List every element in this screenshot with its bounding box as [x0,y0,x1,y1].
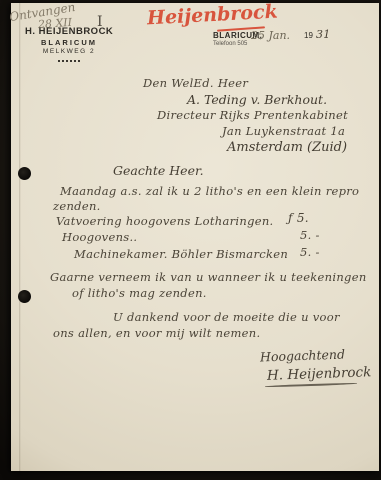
para3-line1: U dankend voor de moeite die u voor [113,310,340,324]
recipient-title: Directeur Rijks Prentenkabinet [157,108,348,122]
recipient-street: Jan Luykenstraat 1a [222,124,345,138]
punch-hole-bottom [18,290,31,303]
item-title: Hoogovens.. [62,230,137,244]
red-archival-name: Heijenbrock [147,1,279,30]
letterhead-rule [58,60,80,62]
recipient-city: Amsterdam (Zuid) [227,140,347,155]
item-price: 5. - [300,228,320,242]
recipient-name: A. Teding v. Berkhout. [187,92,327,107]
punch-hole-top [18,167,31,180]
photo-background: Ontvangen 28 XII I Heijenbrock H. HEIJEN… [0,0,381,480]
paper-crease [19,3,21,471]
letterhead-place: BLARICUM [25,38,113,47]
dateline-phone: Telefoon 505 [213,41,247,47]
para3-line2: ons allen, en voor mij wilt nemen. [53,326,260,340]
greeting: Geachte Heer. [113,163,204,178]
written-date: 25 Jan. [251,29,290,42]
para1-line2: zenden. [53,199,101,213]
para2-line2: of litho's mag zenden. [72,286,207,300]
printed-year: 19 [304,31,313,40]
written-year: 31 [316,28,331,41]
letterhead-name: H. HEIJENBROCK [25,26,113,37]
item-title: Vatvoering hoogovens Lotharingen. [56,214,274,228]
letterhead-street: MELKWEG 2 [25,48,113,55]
recipient-salutation: Den WelEd. Heer [143,76,248,90]
item-price: 5. - [300,245,320,259]
item-price: ƒ 5. [288,211,309,225]
para2-line1: Gaarne verneem ik van u wanneer ik u tee… [50,270,367,284]
item-title: Machinekamer. Böhler Bismarcken [74,247,288,261]
signature: H. Heijenbrock [267,364,372,384]
letter-paper: Ontvangen 28 XII I Heijenbrock H. HEIJEN… [11,3,379,471]
closing: Hoogachtend [260,347,345,365]
para1-line1: Maandag a.s. zal ik u 2 litho's en een k… [60,184,359,198]
